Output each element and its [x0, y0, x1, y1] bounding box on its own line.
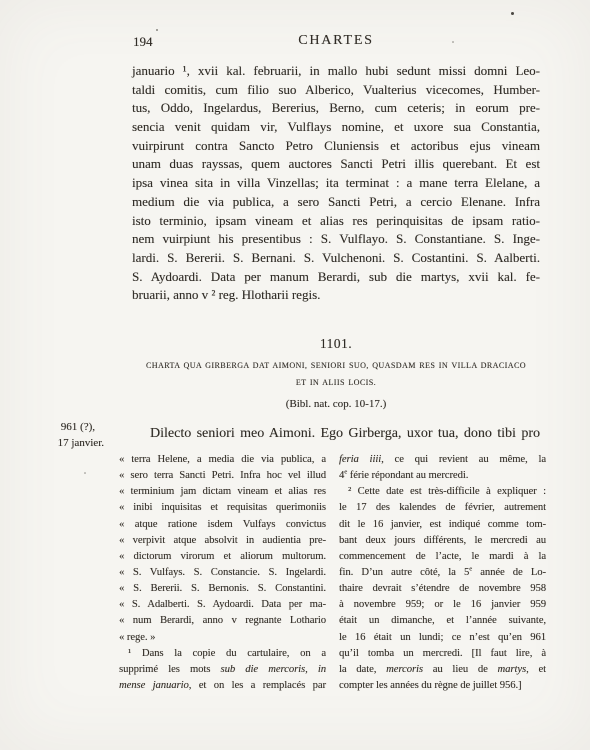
text-line: supprimé les mots sub die mercoris, in: [119, 662, 326, 678]
text-line: januario ¹, xvii kal. februarii, in mall…: [132, 62, 540, 81]
footnotes-section: « terra Helene, a media die via publica,…: [119, 452, 546, 694]
text-line: à novembre 959; or le 16 janvier 959: [339, 597, 546, 613]
text-line: « terminium jam dictam vineam et alias r…: [119, 484, 326, 500]
act-source-reference: (Bibl. nat. cop. 10-17.): [120, 398, 552, 410]
text-line: 4e férie répondant au mercredi.: [339, 468, 546, 484]
charter-1100-paragraph: januario ¹, xvii kal. februarii, in mall…: [132, 62, 540, 305]
act-opening-line: Dilecto seniori meo Aimoni. Ego Girberga…: [132, 424, 540, 444]
text-line: compter les années du règne de juillet 9…: [339, 678, 546, 694]
text-line: lardi. S. Bererii. S. Bernani. S. Vulche…: [132, 249, 540, 268]
text-line: le 16 était un lundi; ce n’est qu’en 961: [339, 630, 546, 646]
text-line: feria iiii, ce qui revient au même, la: [339, 452, 546, 468]
text-line: isto terminio, ipsam vineam et alias res…: [132, 212, 540, 231]
text-line: qu’il tomba un mercredi. [Il faut lire, …: [339, 646, 546, 662]
text-line: le 17 des kalendes de février, autrement: [339, 500, 546, 516]
scan-speck: [84, 472, 86, 474]
act-heading-line-1: CHARTA QUA GIRBERGA DAT AIMONI, SENIORI …: [120, 358, 552, 375]
running-title: CHARTES: [132, 33, 540, 49]
page-number: 194: [133, 34, 153, 50]
footnote-column-right: feria iiii, ce qui revient au même, la4e…: [339, 452, 546, 694]
margin-date-day: 17 janvier.: [28, 436, 104, 452]
text-line: dit le 16 janvier, est indiqué comme tom…: [339, 517, 546, 533]
text-line: nem vuirpiunt his presentibus : S. Vulfl…: [132, 230, 540, 249]
text-line: « atque ratione isdem Vulfays convictus: [119, 517, 326, 533]
text-line: thaire devrait s’étendre de novembre 958: [339, 581, 546, 597]
margin-date-year: 961 (?),: [28, 420, 104, 436]
text-line: était un dimanche, et l’année suivante,: [339, 613, 546, 629]
act-heading-line-2: ET IN ALIIS LOCIS.: [120, 375, 552, 392]
text-line: commencement de l’acte, le mardi à la: [339, 549, 546, 565]
text-line: sencia venit quidam vir, Vulflays nomine…: [132, 118, 540, 137]
text-line: taldi comitis, cum filio suo Alberico, V…: [132, 81, 540, 100]
text-line: « num Berardi, anno v regnante Lothario: [119, 613, 326, 629]
scan-speck: [511, 12, 514, 15]
scan-speck: [156, 29, 158, 31]
text-line: fin. D’un autre côté, la 5e année de Lo-: [339, 565, 546, 581]
act-number: 1101.: [132, 336, 540, 352]
text-line: bruarii, anno v ² reg. Hlotharii regis.: [132, 286, 540, 305]
text-line: « verpivit atque absolvit in audientia p…: [119, 533, 326, 549]
scanned-book-page: 194 CHARTES januario ¹, xvii kal. februa…: [0, 0, 590, 750]
text-line: « S. Adalberti. S. Aydoardi. Data per ma…: [119, 597, 326, 613]
text-line: unam duas rayssas, quem auctores Sancti …: [132, 155, 540, 174]
text-line: medium die via publica, a sero Sancti Pe…: [132, 193, 540, 212]
margin-date-note: 961 (?), 17 janvier.: [28, 420, 104, 451]
text-line: ² Cette date est très-difficile à expliq…: [339, 484, 546, 500]
text-line: bant deux jours différents, le mercredi …: [339, 533, 546, 549]
text-line: la date, mercoris au lieu de martys, et: [339, 662, 546, 678]
text-line: « dictorum virorum et aliorum multorum.: [119, 549, 326, 565]
scan-speck: [452, 41, 454, 43]
text-line: tus, Oddo, Ingelardus, Bererius, Berno, …: [132, 99, 540, 118]
text-line: ipsa vinea sita in villa Vinzellas; ita …: [132, 174, 540, 193]
running-header: 194 CHARTES: [132, 33, 540, 51]
text-line: ¹ Dans la copie du cartulaire, on a: [119, 646, 326, 662]
act-heading: CHARTA QUA GIRBERGA DAT AIMONI, SENIORI …: [120, 358, 552, 391]
text-line: « S. Vulfays. S. Constancie. S. Ingelard…: [119, 565, 326, 581]
text-line: S. Aydoardi. Data per manum Berardi, sub…: [132, 268, 540, 287]
text-line: « S. Bererii. S. Bernonis. S. Constantin…: [119, 581, 326, 597]
text-line: « rege. »: [119, 630, 326, 646]
text-line: vuirpirunt contra Sancto Petro Cluniensi…: [132, 137, 540, 156]
text-line: mense januario, et on les a remplacés pa…: [119, 678, 326, 694]
text-line: « terra Helene, a media die via publica,…: [119, 452, 326, 468]
text-line: « inibi inquisitas et requisitas querimo…: [119, 500, 326, 516]
footnote-column-left: « terra Helene, a media die via publica,…: [119, 452, 326, 694]
text-line: « sero terra Sancti Petri. Infra hoc vel…: [119, 468, 326, 484]
